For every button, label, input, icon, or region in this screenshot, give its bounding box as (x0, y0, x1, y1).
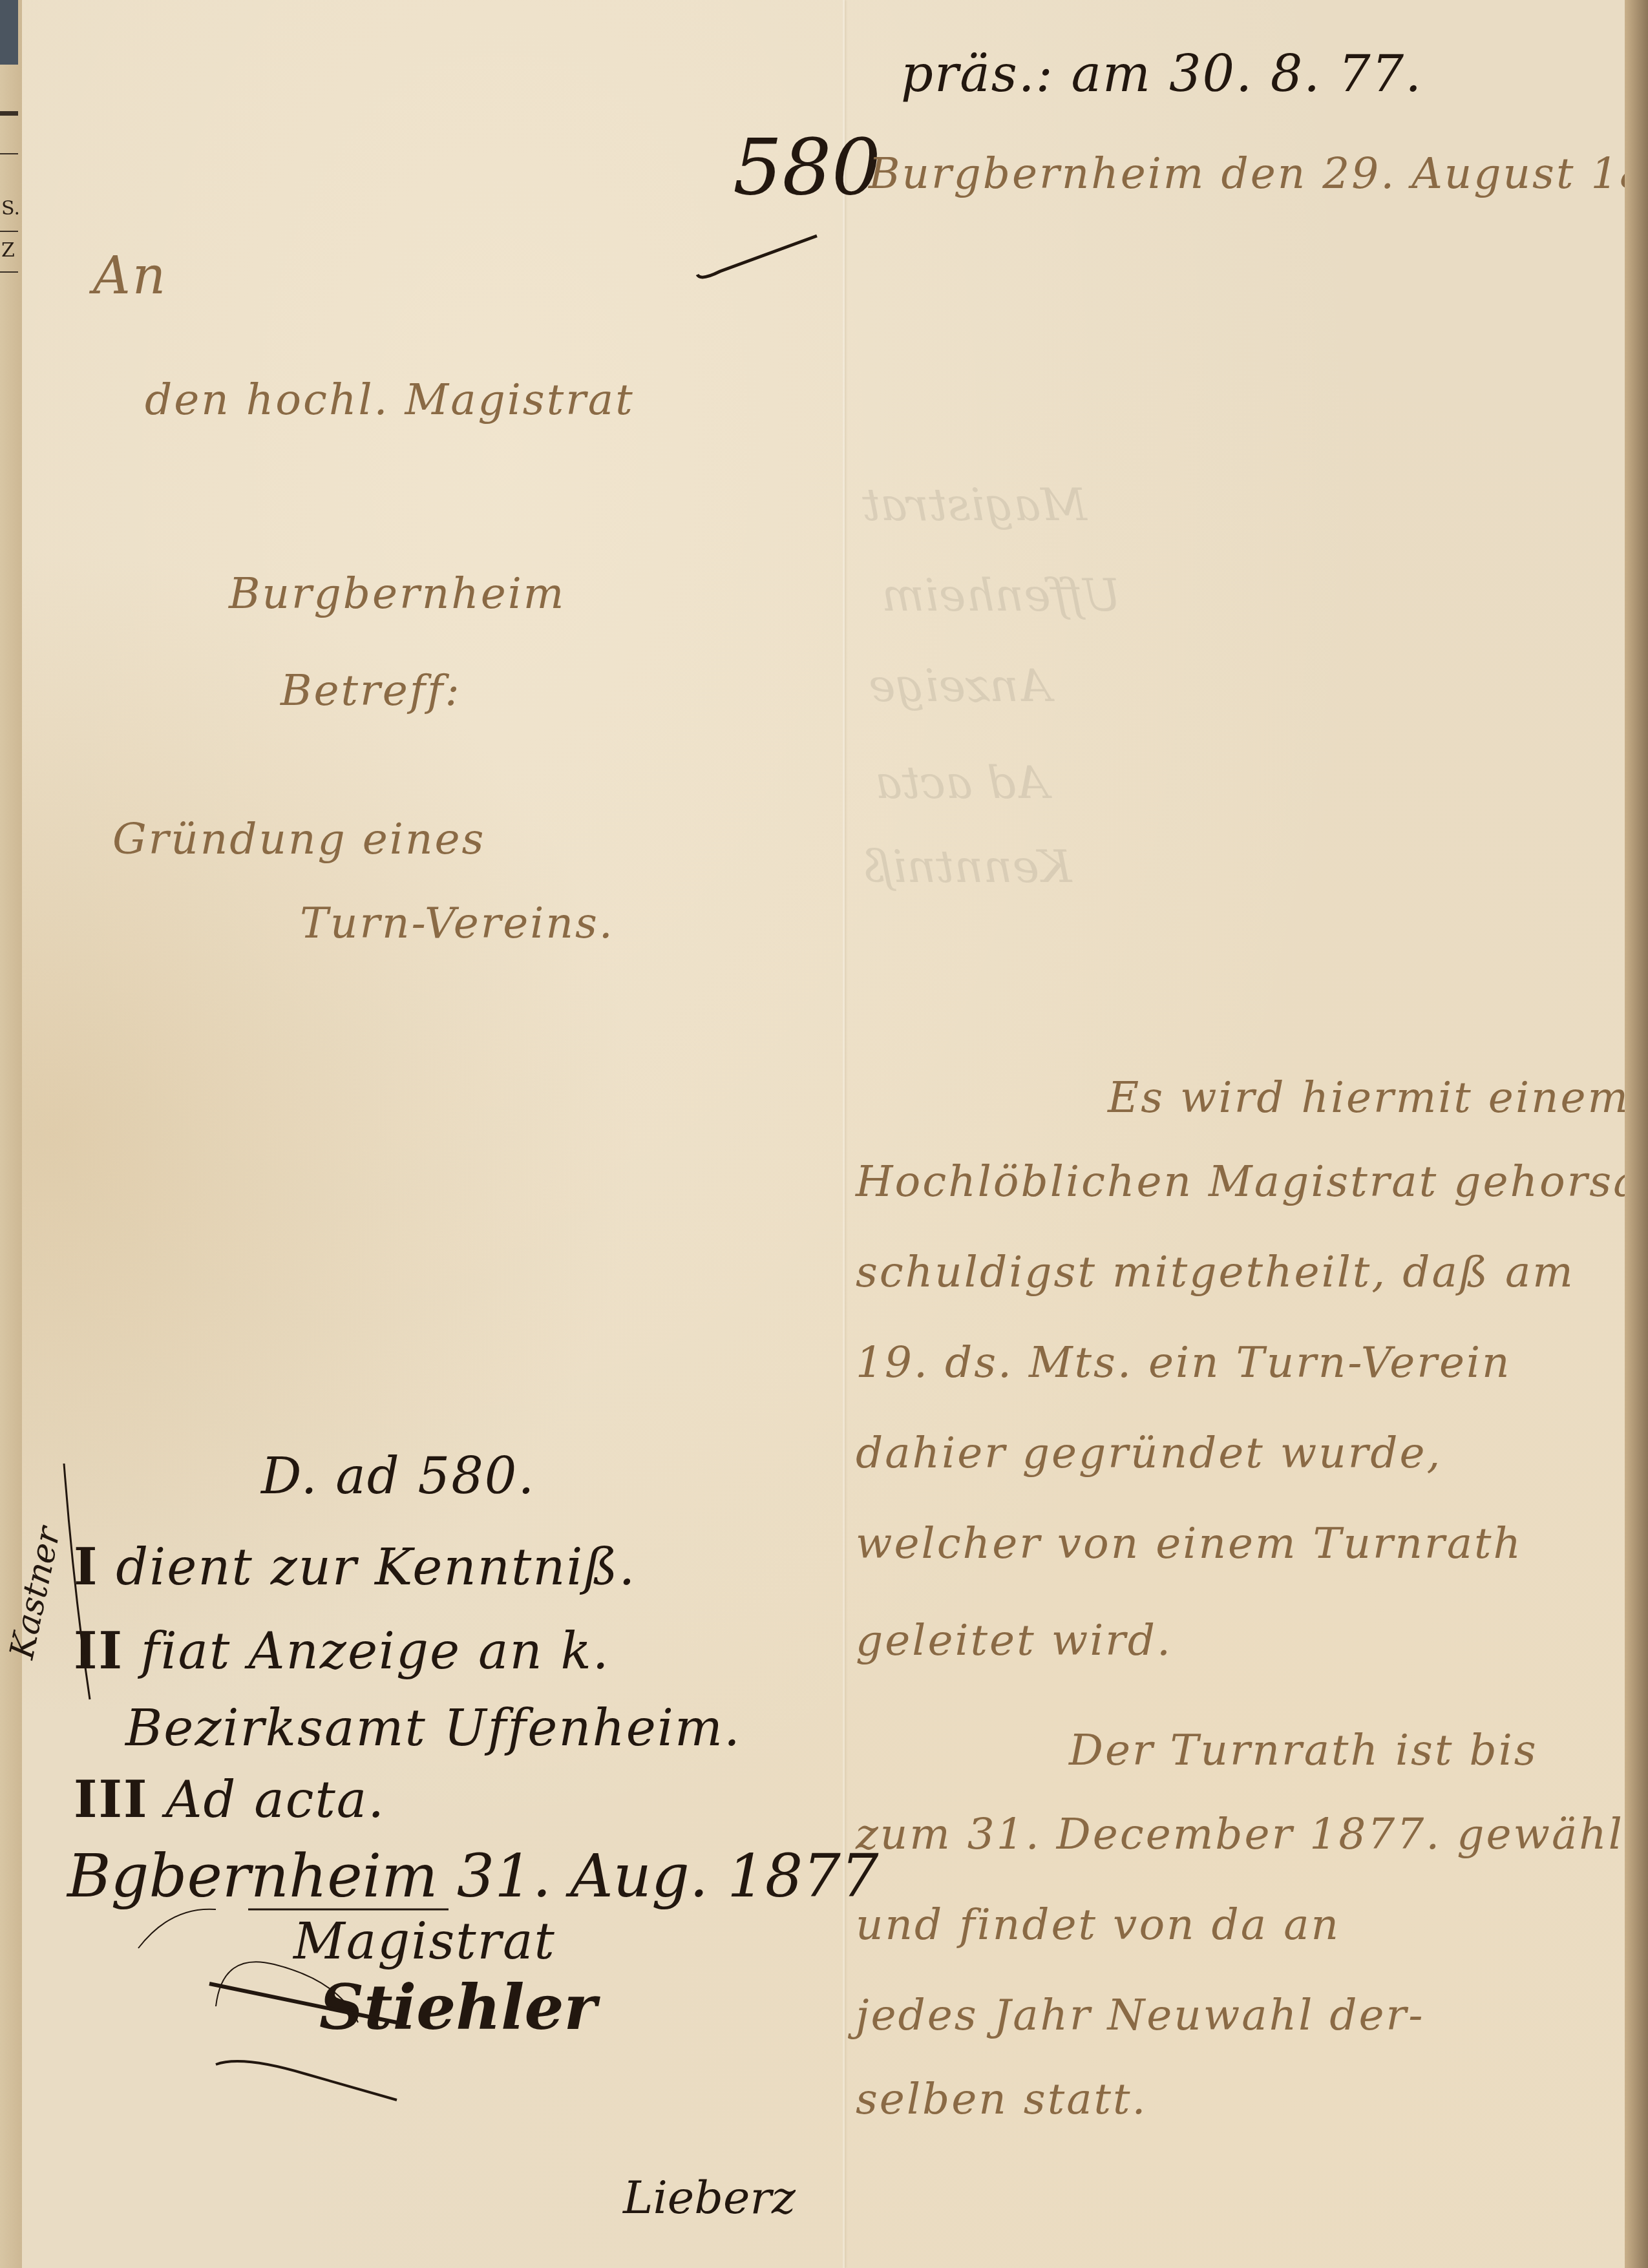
body-line: Der Turnrath ist bis (1069, 1725, 1538, 1775)
binder-rule (0, 231, 18, 232)
subject-label: Betreff: (280, 666, 461, 715)
annotation-text: Ad acta. (165, 1771, 385, 1829)
document-page: Magistrat Uffenheim Anzeige Ad acta Kenn… (22, 0, 1625, 2268)
margin-vertical-stroke (61, 1460, 100, 1706)
place-date: Burgbernheim den 29. August 1877. (869, 149, 1648, 198)
body-line: Es wird hiermit einem (1108, 1073, 1630, 1122)
body-line: und findet von da an (856, 1900, 1340, 1949)
recipient-place: Burgbernheim (229, 569, 565, 618)
subject-line-2: Turn-Vereins. (300, 898, 615, 948)
recipient: den hochl. Magistrat (145, 375, 635, 425)
body-line: schuldigst mitgetheilt, daß am (856, 1247, 1575, 1297)
page-right-edge (1625, 0, 1648, 2268)
annotation-reference: D. ad 580. (261, 1447, 535, 1506)
subject-line-1: Gründung eines (112, 814, 485, 864)
body-line: geleitet wird. (856, 1615, 1172, 1665)
body-line: zum 31. December 1877. gewählt (856, 1809, 1643, 1859)
binder-rule (0, 271, 18, 273)
annotation-text: fiat Anzeige an k. (141, 1622, 610, 1681)
body-line: welcher von einem Turnrath (856, 1518, 1523, 1568)
body-line: Hochlöblichen Magistrat gehorsamst (856, 1157, 1648, 1206)
registry-number: 580 (733, 123, 881, 213)
registry-check-stroke (694, 233, 823, 284)
body-line: jedes Jahr Neuwahl der- (856, 1990, 1424, 2040)
annotation-text: dient zur Kenntniß. (116, 1538, 636, 1597)
bleed-through-text: Ad acta (875, 756, 1048, 809)
annotation-text: Bezirksamt Uffenheim. (125, 1699, 741, 1758)
annotation-item: Bezirksamt Uffenheim. (125, 1699, 741, 1758)
bleed-through-text: Uffenheim (882, 569, 1121, 622)
annotation-item: II fiat Anzeige an k. (74, 1622, 609, 1681)
binder-backing: S. Z (0, 0, 23, 2268)
annotation-item: I dient zur Kenntniß. (74, 1538, 636, 1597)
binder-glyph: S. (1, 197, 20, 220)
body-line: selben statt. (856, 2074, 1148, 2124)
bleed-through-text: Kenntniß (862, 840, 1072, 893)
received-stamp: präs.: am 30. 8. 77. (901, 45, 1422, 103)
binder-dark-strip (0, 0, 18, 65)
annotation-item: III Ad acta. (74, 1770, 385, 1829)
binder-glyph: Z (1, 239, 15, 262)
binder-rule (0, 111, 18, 116)
binder-rule (0, 153, 18, 154)
salutation: An (93, 246, 167, 306)
bleed-through-text: Anzeige (869, 659, 1051, 712)
bleed-through-text: Magistrat (862, 478, 1087, 531)
body-line: 19. ds. Mts. ein Turn-Verein (856, 1338, 1512, 1387)
annotation-numeral: III (74, 1770, 148, 1829)
bottom-signature: Lieberz (623, 2171, 796, 2224)
body-line: dahier gegründet wurde, (856, 1428, 1442, 1478)
signature-flourish (125, 1900, 578, 2132)
paper-fold-crease (843, 0, 845, 2268)
